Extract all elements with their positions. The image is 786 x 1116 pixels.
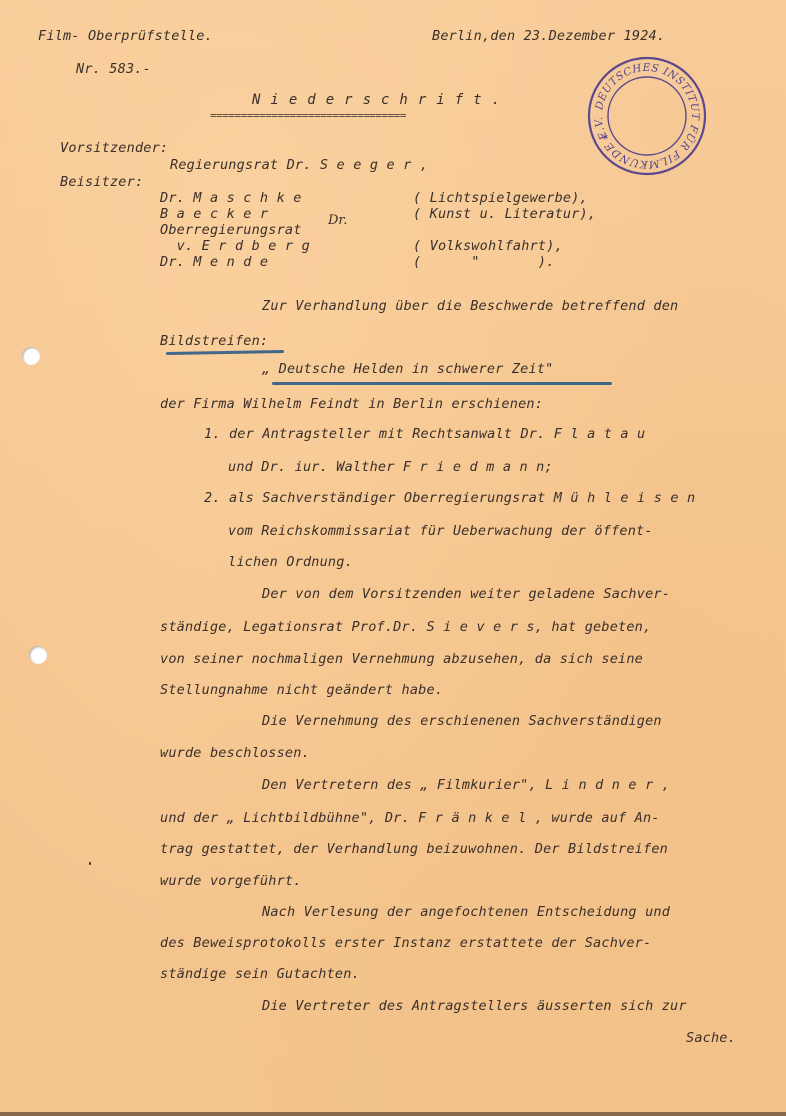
- paragraph-line: wurde beschlossen.: [160, 745, 310, 761]
- paragraph-line: wurde vorgeführt.: [160, 873, 302, 889]
- attendee-item-2-cont: lichen Ordnung.: [228, 554, 353, 570]
- page-bottom-edge: [0, 1112, 786, 1116]
- document-page: Film- Oberprüfstelle. Nr. 583.- Berlin,d…: [0, 0, 786, 1116]
- date-line: Berlin,den 23.Dezember 1924.: [432, 28, 665, 44]
- paragraph-line: und der „ Lichtbildbühne", Dr. F r ä n k…: [160, 810, 660, 826]
- film-title: „ Deutsche Helden in schwerer Zeit": [262, 361, 553, 377]
- attendee-item-2: 2. als Sachverständiger Oberregierungsra…: [204, 490, 695, 506]
- paragraph-line: von seiner nochmaligen Vernehmung abzuse…: [160, 651, 643, 667]
- assessor-name: v. E r d b e r g: [160, 238, 310, 254]
- document-number: Nr. 583.-: [76, 61, 151, 77]
- office-heading: Film- Oberprüfstelle.: [38, 28, 213, 44]
- paragraph-line: Die Vertreter des Antragstellers äussert…: [262, 998, 687, 1014]
- blue-pencil-underline-title: [272, 382, 612, 385]
- handwritten-dr-insert: Dr.: [328, 213, 347, 228]
- assessor-name: B a e c k e r: [160, 206, 268, 222]
- assessor-name: Dr. M a s c h k e: [160, 190, 302, 206]
- paragraph-line: Nach Verlesung der angefochtenen Entsche…: [262, 904, 670, 920]
- film-label: Bildstreifen:: [160, 333, 268, 349]
- assessor-name: Oberregierungsrat: [160, 222, 302, 238]
- blue-pencil-underline-label: [166, 350, 284, 355]
- stamp-ring-text: DEUTSCHES INSTITUT FÜR FILMKUNDE E.V.: [593, 62, 701, 170]
- paragraph-line: Den Vertretern des „ Filmkurier", L i n …: [262, 777, 670, 793]
- paragraph-line: Stellungnahme nicht geändert habe.: [160, 682, 443, 698]
- paragraph-line: ständige, Legationsrat Prof.Dr. S i e v …: [160, 619, 651, 635]
- assessor-role: ( Lichtspielgewerbe),: [413, 190, 588, 206]
- attendee-item-1-cont: und Dr. iur. Walther F r i e d m a n n;: [228, 459, 553, 475]
- stamp-star-icon: *: [602, 132, 608, 146]
- punch-hole-bottom: [29, 646, 47, 664]
- paragraph-line: trag gestattet, der Verhandlung beizuwoh…: [160, 841, 668, 857]
- assessor-role: ( " ).: [413, 254, 555, 270]
- attendee-item-1: 1. der Antragsteller mit Rechtsanwalt Dr…: [204, 426, 645, 442]
- paragraph-line: ständige sein Gutachten.: [160, 966, 360, 982]
- document-title: Niederschrift.: [252, 92, 510, 108]
- company-line: der Firma Wilhelm Feindt in Berlin ersch…: [160, 396, 543, 412]
- assessor-role: ( Kunst u. Literatur),: [413, 206, 596, 222]
- paragraph-line: Die Vernehmung des erschienenen Sachvers…: [262, 713, 662, 729]
- paragraph-line: Der von dem Vorsitzenden weiter geladene…: [262, 586, 670, 602]
- institute-stamp: DEUTSCHES INSTITUT FÜR FILMKUNDE E.V. *: [586, 55, 708, 177]
- paragraph-line: des Beweisprotokolls erster Instanz erst…: [160, 935, 651, 951]
- chair-name: Regierungsrat Dr. S e e g e r ,: [170, 157, 428, 173]
- assessor-name: Dr. M e n d e: [160, 254, 268, 270]
- chair-label: Vorsitzender:: [60, 140, 168, 156]
- title-double-rule: ================================: [210, 109, 406, 122]
- svg-text:DEUTSCHES INSTITUT FÜR FILMKUN: DEUTSCHES INSTITUT FÜR FILMKUNDE E.V.: [593, 62, 701, 170]
- attendee-item-2-cont: vom Reichskommissariat für Ueberwachung …: [228, 523, 653, 539]
- paragraph-line: Sache.: [686, 1030, 736, 1046]
- assessor-role: ( Volkswohlfahrt),: [413, 238, 563, 254]
- assessors-label: Beisitzer:: [60, 174, 143, 190]
- punch-hole-top: [22, 347, 40, 365]
- ink-speck: [89, 862, 91, 865]
- intro-line: Zur Verhandlung über die Beschwerde betr…: [262, 298, 678, 314]
